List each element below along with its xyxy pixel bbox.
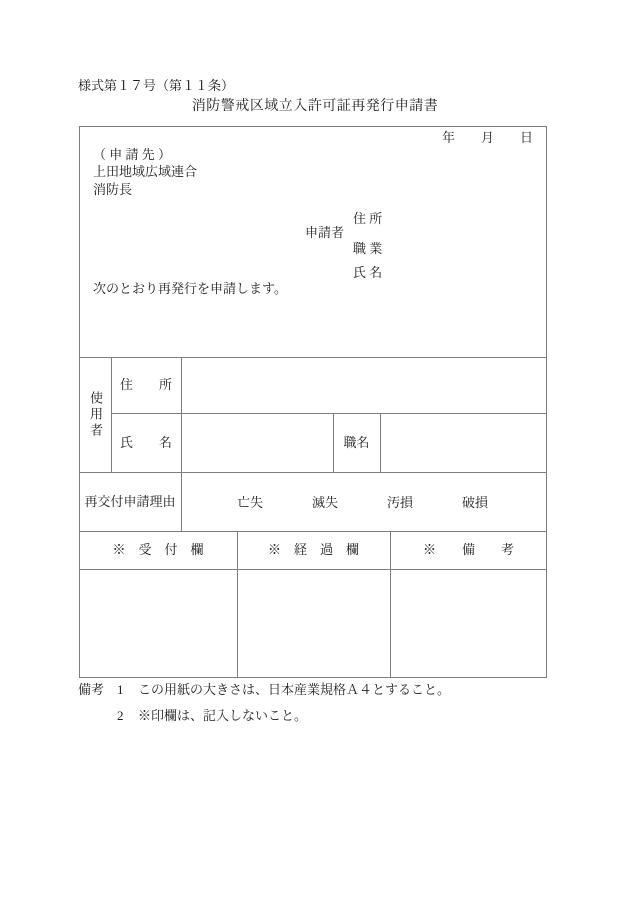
addressee-organization: 上田地域広域連合 xyxy=(93,164,197,180)
notes-heading: 備考 xyxy=(78,682,104,698)
addressee-post: 消防長 xyxy=(93,182,132,198)
user-section-label-text: 使用者 xyxy=(87,391,103,439)
user-address-label: 住 所 xyxy=(111,357,181,413)
reason-option-destroyed: 滅失 xyxy=(312,495,338,511)
stamp-reception-cell xyxy=(79,569,237,677)
date-line: 年 月 日 xyxy=(442,130,533,146)
user-section-label: 使用者 xyxy=(79,357,111,472)
form-number: 様式第１７号（第１１条） xyxy=(78,78,234,94)
reason-label: 再交付申請理由 xyxy=(79,472,181,531)
note-1-text: この用紙の大きさは、日本産業規格Ａ４とすること。 xyxy=(138,682,450,698)
addressee-label: （ 申 請 先 ） xyxy=(93,147,171,163)
reason-option-soiled: 汚損 xyxy=(387,495,413,511)
user-jobtitle-label: 職名 xyxy=(333,413,380,472)
note-2-text: ※印欄は、記入しないこと。 xyxy=(138,708,307,724)
user-jobtitle-value-cell xyxy=(380,413,547,472)
applicant-address-label: 住 所 xyxy=(353,211,382,227)
applicant-name-label: 氏 名 xyxy=(353,265,382,281)
declaration-text: 次のとおり再発行を申請します。 xyxy=(93,281,287,297)
page-title: 消防警戒区域立入許可証再発行申請書 xyxy=(0,99,630,115)
note-1-number: 1 xyxy=(117,682,124,698)
reason-option-damaged: 破損 xyxy=(462,495,488,511)
note-2-number: 2 xyxy=(117,708,124,724)
stamp-progress-header: ※ 経 過 欄 xyxy=(237,531,390,569)
user-address-value-cell xyxy=(181,357,547,413)
stamp-progress-cell xyxy=(237,569,390,677)
applicant-label: 申請者 xyxy=(305,225,344,241)
form-page: 様式第１７号（第１１条） 消防警戒区域立入許可証再発行申請書 年 月 日 （ 申… xyxy=(0,0,630,903)
stamp-remarks-cell xyxy=(390,569,547,677)
stamp-remarks-header: ※ 備 考 xyxy=(390,531,547,569)
applicant-occupation-label: 職 業 xyxy=(353,241,382,257)
user-name-value-cell xyxy=(181,413,333,472)
reason-option-lost: 亡失 xyxy=(237,495,263,511)
user-name-label: 氏 名 xyxy=(111,413,181,472)
stamp-reception-header: ※ 受 付 欄 xyxy=(79,531,237,569)
